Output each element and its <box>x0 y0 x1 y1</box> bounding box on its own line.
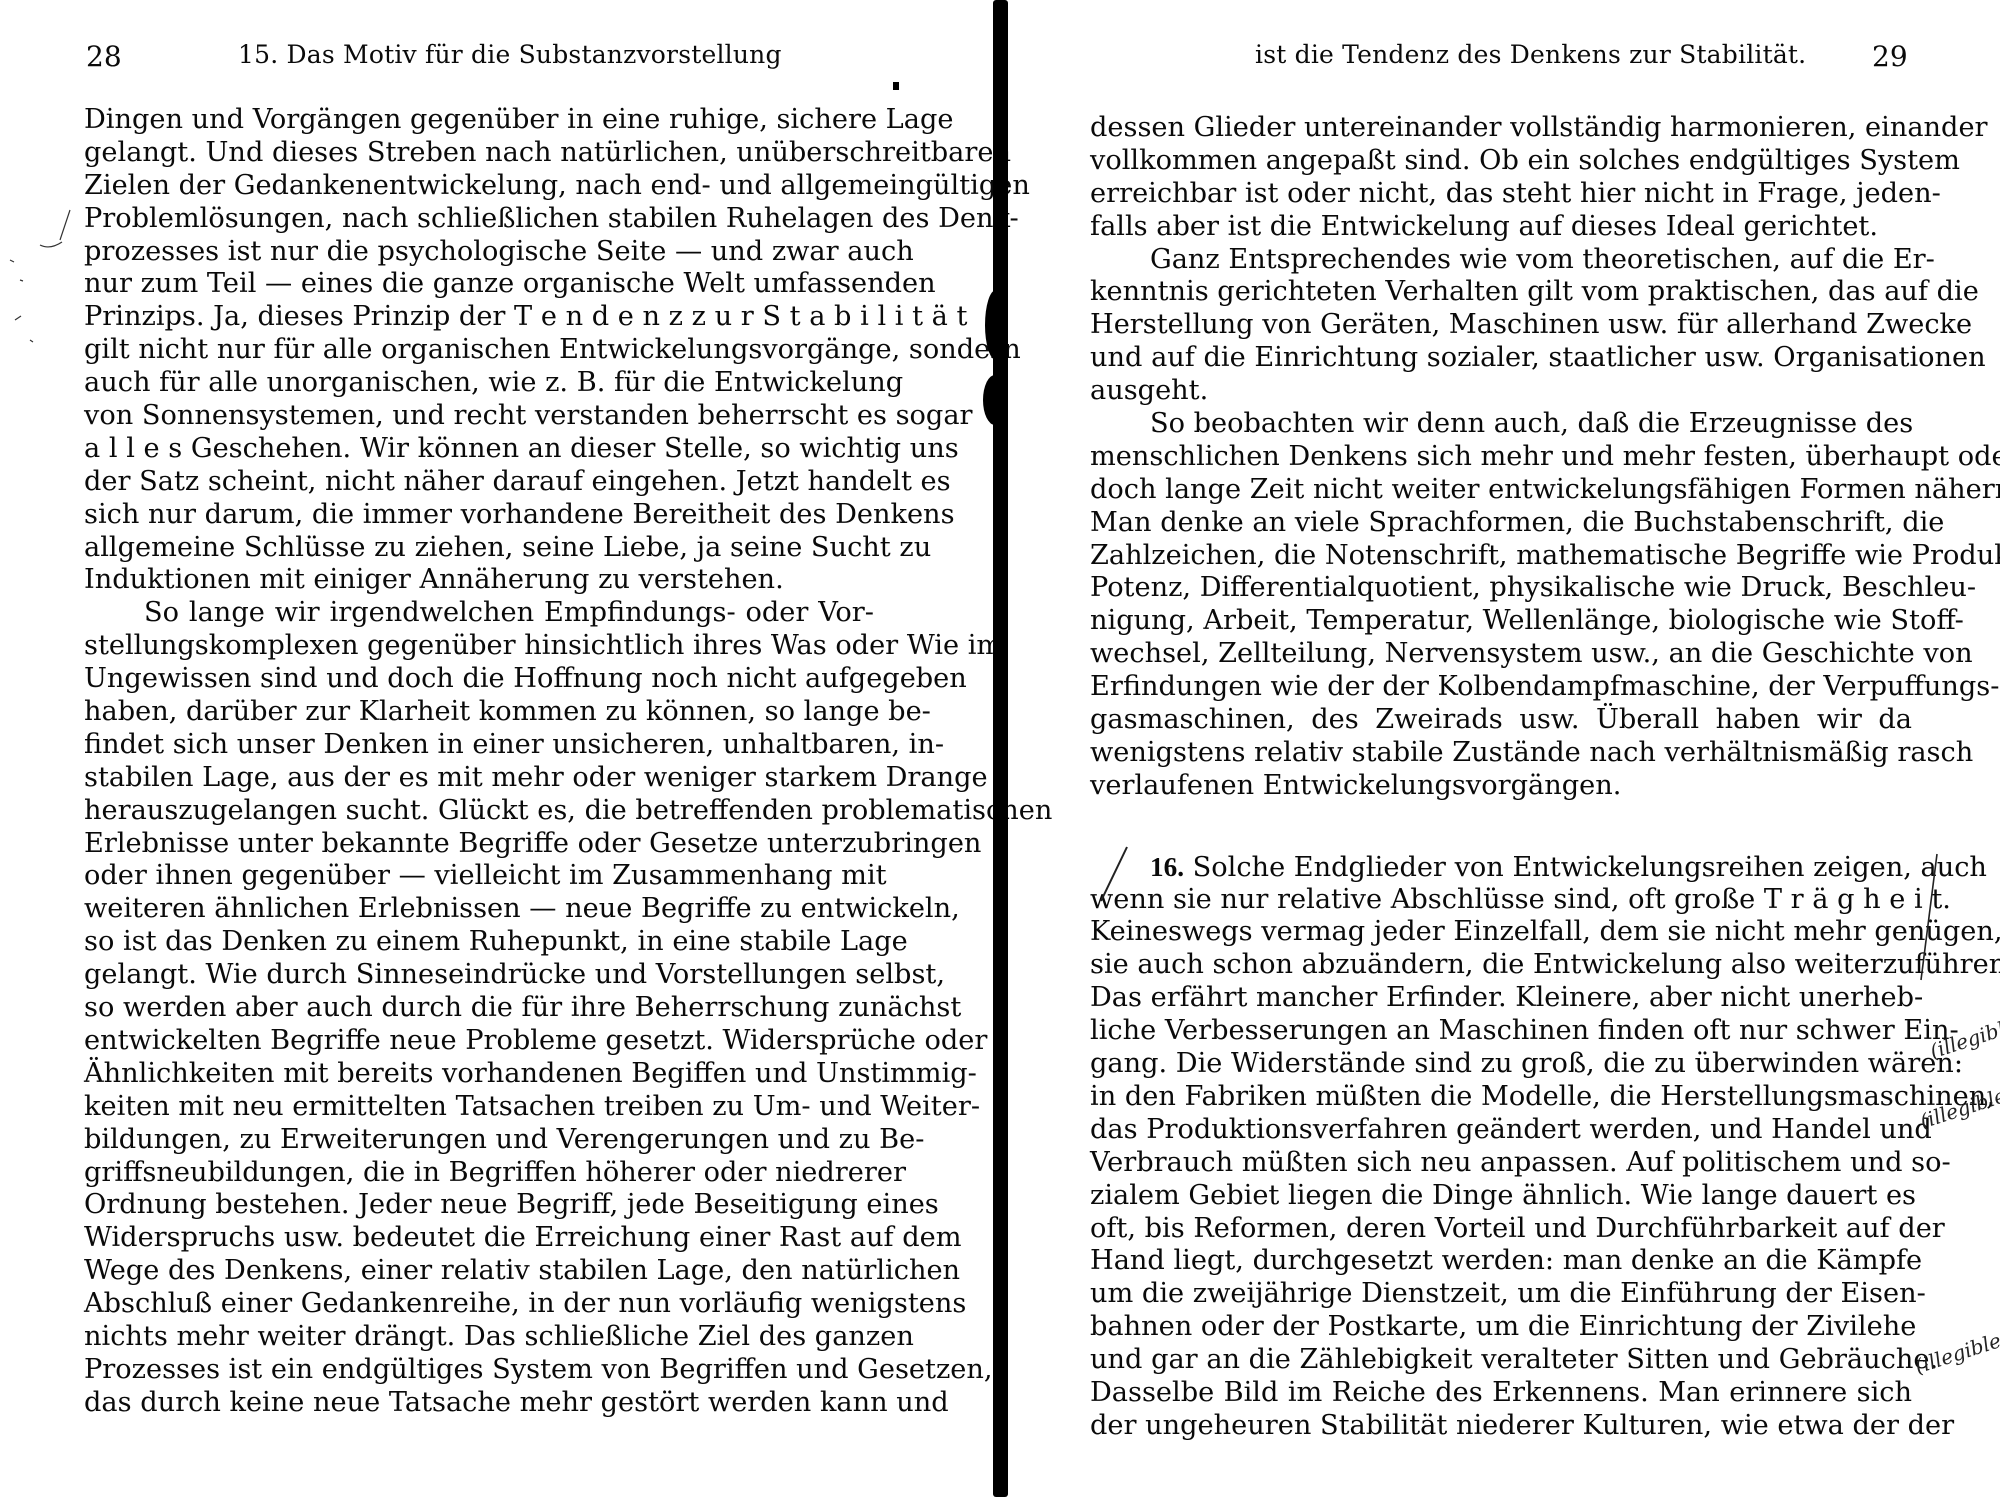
text-line: Prozesses ist ein endgültiges System von… <box>84 1354 874 1387</box>
text-line: Erlebnisse unter bekannte Begriffe oder … <box>84 828 874 861</box>
book-gutter <box>993 0 1008 1497</box>
text-line: so werden aber auch durch die für ihre B… <box>84 992 874 1025</box>
text-line: in den Fabriken müßten die Modelle, die … <box>1090 1081 1912 1114</box>
text-line: Ordnung bestehen. Jeder neue Begriff, je… <box>84 1189 874 1222</box>
text-line: gasmaschinen, des Zweirads usw. Überall … <box>1090 704 1912 737</box>
text-line: der ungeheuren Stabilität niederer Kultu… <box>1090 1410 1912 1443</box>
text-line: das Produktionsverfahren geändert werden… <box>1090 1114 1912 1147</box>
text-line: Erfindungen wie der der Kolbendampfmasch… <box>1090 671 1912 704</box>
gutter-shadow <box>983 375 1007 425</box>
text-line: oft, bis Reformen, deren Vorteil und Dur… <box>1090 1213 1912 1246</box>
text-line: und auf die Einrichtung sozialer, staatl… <box>1090 342 1912 375</box>
text-line: Ganz Entsprechendes wie vom theoretische… <box>1090 244 1912 277</box>
text-line: Widerspruchs usw. bedeutet die Erreichun… <box>84 1222 874 1255</box>
running-head: 15. Das Motiv für die Substanzvorstellun… <box>238 40 782 69</box>
text-line: weiteren ähnlichen Erlebnissen — neue Be… <box>84 893 874 926</box>
text-line: Prinzips. Ja, dieses Prinzip der T e n d… <box>84 301 874 334</box>
text-line: Ähnlichkeiten mit bereits vorhandenen Be… <box>84 1058 874 1091</box>
text-line: a l l e s Geschehen. Wir können an diese… <box>84 433 874 466</box>
text-line: liche Verbesserungen an Maschinen finden… <box>1090 1015 1912 1048</box>
section-heading-line: 16. Solche Endglieder von Entwickelungsr… <box>1090 851 1912 884</box>
text-line: Das erfährt mancher Erfinder. Kleinere, … <box>1090 982 1912 1015</box>
right-page: ist die Tendenz des Denkens zur Stabilit… <box>1010 0 2000 1497</box>
text-line: wenigstens relativ stabile Zustände nach… <box>1090 737 1912 770</box>
text-line: nur zum Teil — eines die ganze organisch… <box>84 268 874 301</box>
text-line: Zielen der Gedankenentwickelung, nach en… <box>84 170 874 203</box>
left-page-text: Dingen und Vorgängen gegenüber in eine r… <box>84 104 874 1420</box>
text-line: prozesses ist nur die psychologische Sei… <box>84 236 874 269</box>
text-line: der Satz scheint, nicht näher darauf ein… <box>84 466 874 499</box>
text-line: um die zweijährige Dienstzeit, um die Ei… <box>1090 1278 1912 1311</box>
text-line: und gar an die Zählebigkeit veralteter S… <box>1090 1344 1912 1377</box>
text-line: Potenz, Differentialquotient, physikalis… <box>1090 572 1912 605</box>
text-line: nichts mehr weiter drängt. Das schließli… <box>84 1321 874 1354</box>
text-line: bildungen, zu Erweiterungen und Verenger… <box>84 1124 874 1157</box>
text-line: keiten mit neu ermittelten Tatsachen tre… <box>84 1091 874 1124</box>
text-line: Hand liegt, durchgesetzt werden: man den… <box>1090 1245 1912 1278</box>
text-line: herauszugelangen sucht. Glückt es, die b… <box>84 795 874 828</box>
text-line: So beobachten wir denn auch, daß die Erz… <box>1090 408 1912 441</box>
text-line: Dingen und Vorgängen gegenüber in eine r… <box>84 104 874 137</box>
text-line: gang. Die Widerstände sind zu groß, die … <box>1090 1048 1912 1081</box>
text-line: zialem Gebiet liegen die Dinge ähnlich. … <box>1090 1180 1912 1213</box>
text-line: wenn sie nur relative Abschlüsse sind, o… <box>1090 884 1912 917</box>
text-line: gilt nicht nur für alle organischen Entw… <box>84 334 874 367</box>
text-line: gelangt. Wie durch Sinneseindrücke und V… <box>84 959 874 992</box>
text-line: So lange wir irgendwelchen Empfindungs- … <box>84 597 874 630</box>
text-line: entwickelten Begriffe neue Probleme gese… <box>84 1025 874 1058</box>
text-line: ausgeht. <box>1090 375 1912 408</box>
text-line: falls aber ist die Entwickelung auf dies… <box>1090 211 1912 244</box>
text-line: dessen Glieder untereinander vollständig… <box>1090 112 1912 145</box>
text-line: Problemlösungen, nach schließlichen stab… <box>84 203 874 236</box>
text-line: Ungewissen sind und doch die Hoffnung no… <box>84 663 874 696</box>
page-number: 29 <box>1872 40 1908 73</box>
text-line: stellungskomplexen gegenüber hinsichtlic… <box>84 630 874 663</box>
text-line: nigung, Arbeit, Temperatur, Wellenlänge,… <box>1090 605 1912 638</box>
text-line: Herstellung von Geräten, Maschinen usw. … <box>1090 309 1912 342</box>
text-line: Wege des Denkens, einer relativ stabilen… <box>84 1255 874 1288</box>
text-line: von Sonnensystemen, und recht verstanden… <box>84 400 874 433</box>
text-line: Induktionen mit einiger Annäherung zu ve… <box>84 564 874 597</box>
text-line: auch für alle unorganischen, wie z. B. f… <box>84 367 874 400</box>
text-line: das durch keine neue Tatsache mehr gestö… <box>84 1387 874 1420</box>
pencil-margin-mark-icon <box>0 190 90 370</box>
text-line: erreichbar ist oder nicht, das steht hie… <box>1090 178 1912 211</box>
section-first-text: Solche Endglieder von Entwickelungsreihe… <box>1193 852 1987 883</box>
ink-speck <box>893 82 899 90</box>
text-line: Man denke an viele Sprachformen, die Buc… <box>1090 507 1912 540</box>
text-line: vollkommen angepaßt sind. Ob ein solches… <box>1090 145 1912 178</box>
text-line: sie auch schon abzuändern, die Entwickel… <box>1090 949 1912 982</box>
text-line: Abschluß einer Gedankenreihe, in der nun… <box>84 1288 874 1321</box>
text-line: bahnen oder der Postkarte, um die Einric… <box>1090 1311 1912 1344</box>
text-line: gelangt. Und dieses Streben nach natürli… <box>84 137 874 170</box>
right-page-text: dessen Glieder untereinander vollständig… <box>1090 112 1912 1443</box>
text-line: kenntnis gerichteten Verhalten gilt vom … <box>1090 276 1912 309</box>
running-head: ist die Tendenz des Denkens zur Stabilit… <box>1255 40 1806 69</box>
text-line: so ist das Denken zu einem Ruhepunkt, in… <box>84 926 874 959</box>
text-line: Verbrauch müßten sich neu anpassen. Auf … <box>1090 1147 1912 1180</box>
section-number: 16. <box>1150 852 1184 882</box>
text-line: wechsel, Zellteilung, Nervensystem usw.,… <box>1090 638 1912 671</box>
text-line: haben, darüber zur Klarheit kommen zu kö… <box>84 696 874 729</box>
text-line: Zahlzeichen, die Notenschrift, mathemati… <box>1090 540 1912 573</box>
page-number: 28 <box>86 40 122 73</box>
text-line: oder ihnen gegenüber — vielleicht im Zus… <box>84 860 874 893</box>
gutter-shadow <box>985 290 1007 360</box>
text-line: doch lange Zeit nicht weiter entwickelun… <box>1090 474 1912 507</box>
left-page: 28 15. Das Motiv für die Substanzvorstel… <box>0 0 990 1497</box>
text-line: menschlichen Denkens sich mehr und mehr … <box>1090 441 1912 474</box>
text-line: sich nur darum, die immer vorhandene Ber… <box>84 499 874 532</box>
text-line: griffsneubildungen, die in Begriffen höh… <box>84 1157 874 1190</box>
section-spacer <box>1090 803 1912 851</box>
text-line: verlaufenen Entwickelungsvorgängen. <box>1090 770 1912 803</box>
text-line: Keineswegs vermag jeder Einzelfall, dem … <box>1090 916 1912 949</box>
text-line: stabilen Lage, aus der es mit mehr oder … <box>84 762 874 795</box>
text-line: allgemeine Schlüsse zu ziehen, seine Lie… <box>84 532 874 565</box>
text-line: findet sich unser Denken in einer unsich… <box>84 729 874 762</box>
text-line: Dasselbe Bild im Reiche des Erkennens. M… <box>1090 1377 1912 1410</box>
